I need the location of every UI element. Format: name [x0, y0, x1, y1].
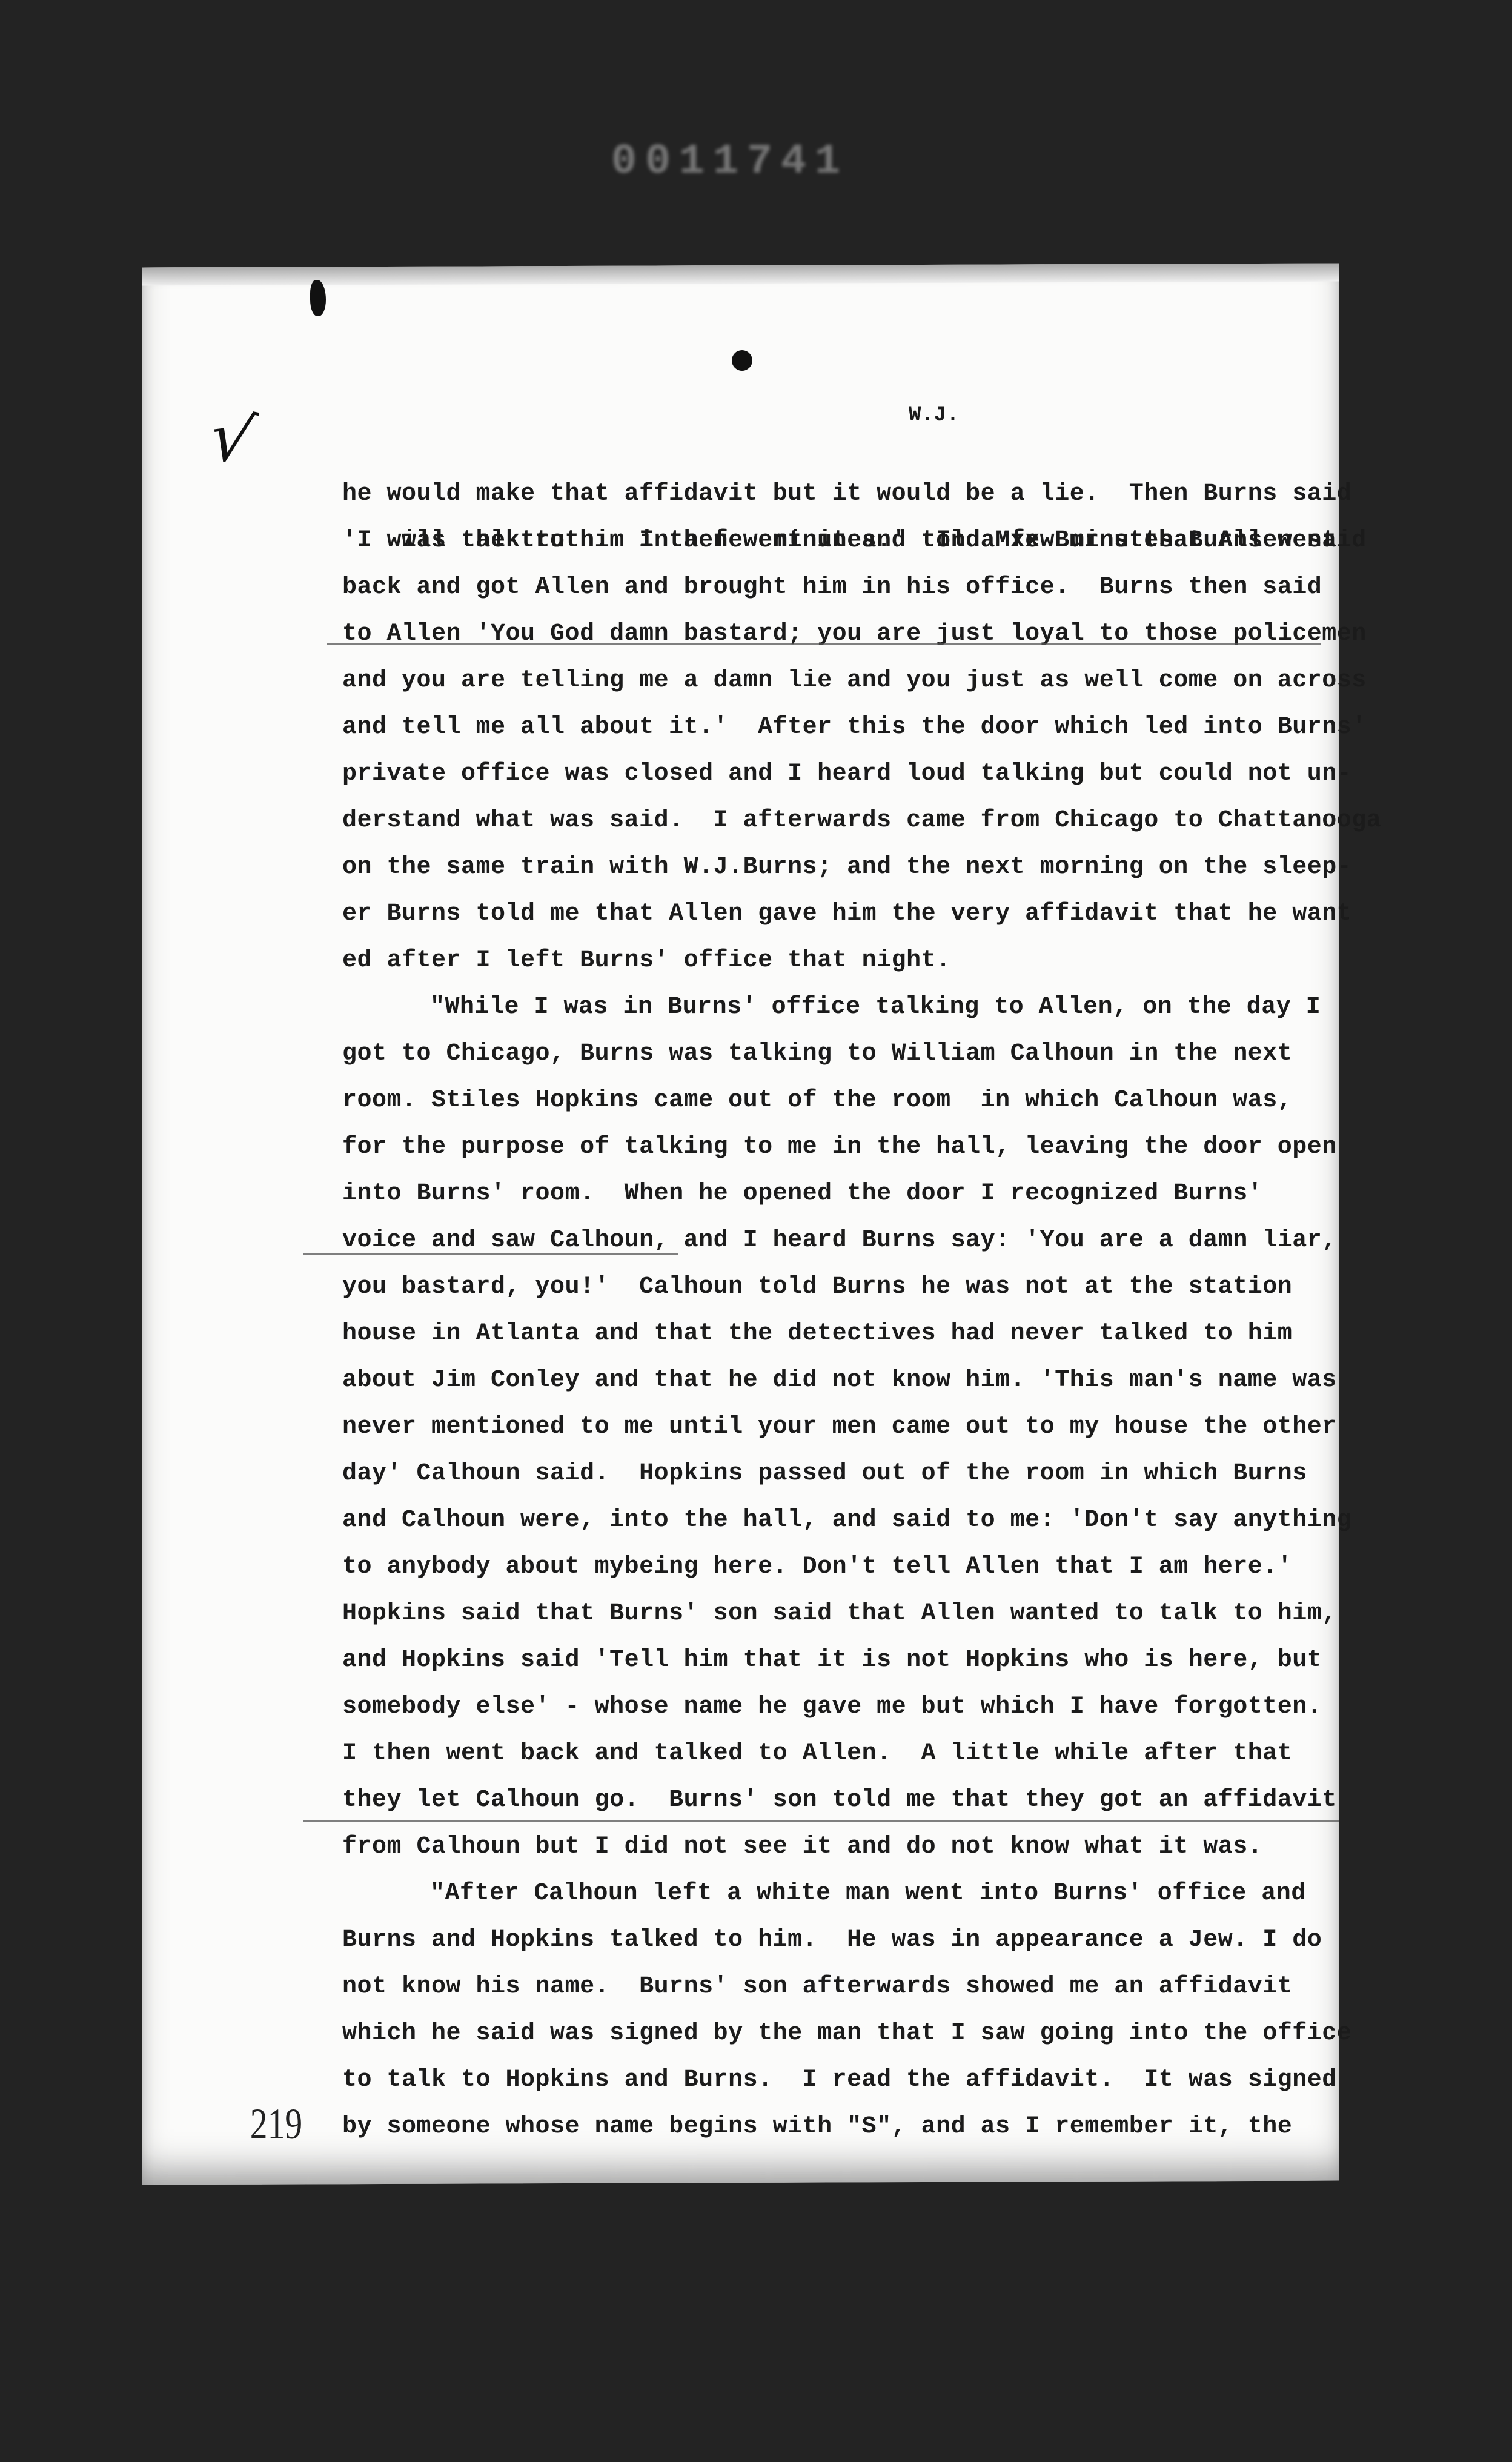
text-line: for the purpose of talking to me in the … — [342, 1124, 1336, 1170]
text-line: to Allen 'You God damn bastard; you are … — [342, 611, 1336, 657]
paragraph-start-line: "While I was in Burns' office talking to… — [342, 984, 1336, 1030]
text-line: er Burns told me that Allen gave him the… — [342, 891, 1336, 937]
text-line: which he said was signed by the man that… — [342, 2010, 1336, 2057]
text-line: got to Chicago, Burns was talking to Wil… — [342, 1030, 1336, 1077]
text-line: by someone whose name begins with "S", a… — [342, 2103, 1336, 2150]
text-line: he would make that affidavit but it woul… — [342, 471, 1336, 517]
text-line: ed after I left Burns' office that night… — [342, 937, 1336, 984]
text-line: you bastard, you!' Calhoun told Burns he… — [342, 1264, 1336, 1310]
text-line: about Jim Conley and that he did not kno… — [342, 1357, 1336, 1404]
scan-line-artifact — [303, 1253, 678, 1255]
text-line: Burns and Hopkins talked to him. He was … — [342, 1917, 1336, 1963]
text-line: W.J. was the truth. I then went in and t… — [342, 424, 1336, 471]
text-line: and Calhoun were, into the hall, and sai… — [342, 1497, 1336, 1544]
ink-blot — [732, 350, 752, 371]
microfilm-reel-number: 0011741 — [591, 141, 869, 183]
text-line: and tell me all about it.' After this th… — [342, 704, 1336, 751]
text-line: somebody else' - whose name he gave me b… — [342, 1684, 1336, 1730]
handwritten-insertion: W.J. — [909, 393, 960, 439]
text-line: Hopkins said that Burns' son said that A… — [342, 1590, 1336, 1637]
text-line: into Burns' room. When he opened the doo… — [342, 1170, 1336, 1217]
text-line: not know his name. Burns' son afterwards… — [342, 1963, 1336, 2010]
text-line: to anybody about mybeing here. Don't tel… — [342, 1544, 1336, 1590]
text-line: derstand what was said. I afterwards cam… — [342, 797, 1336, 844]
paragraph-start-line: "After Calhoun left a white man went int… — [342, 1870, 1336, 1917]
text-line: house in Atlanta and that the detectives… — [342, 1310, 1336, 1357]
scan-line-artifact — [327, 643, 1321, 645]
text-line: on the same train with W.J.Burns; and th… — [342, 844, 1336, 891]
text-line: to talk to Hopkins and Burns. I read the… — [342, 2057, 1336, 2103]
text-line: never mentioned to me until your men cam… — [342, 1404, 1336, 1450]
text-line: I then went back and talked to Allen. A … — [342, 1730, 1336, 1777]
text-line: back and got Allen and brought him in hi… — [342, 564, 1336, 611]
text-line: room. Stiles Hopkins came out of the roo… — [342, 1077, 1336, 1124]
text-line: from Calhoun but I did not see it and do… — [342, 1823, 1336, 1870]
scan-line-artifact — [303, 1820, 1339, 1822]
text-line: day' Calhoun said. Hopkins passed out of… — [342, 1450, 1336, 1497]
typed-body-text: W.J. was the truth. I then went in and t… — [342, 424, 1336, 2150]
text-line: 'I will talk to him in a few minutes.' I… — [342, 517, 1336, 564]
text-line: private office was closed and I heard lo… — [342, 751, 1336, 797]
text-line: and you are telling me a damn lie and yo… — [342, 657, 1336, 704]
page-number: 219 — [250, 2099, 302, 2149]
text-line: and Hopkins said 'Tell him that it is no… — [342, 1637, 1336, 1684]
text-line: they let Calhoun go. Burns' son told me … — [342, 1777, 1336, 1823]
text-line: voice and saw Calhoun, and I heard Burns… — [342, 1217, 1336, 1264]
